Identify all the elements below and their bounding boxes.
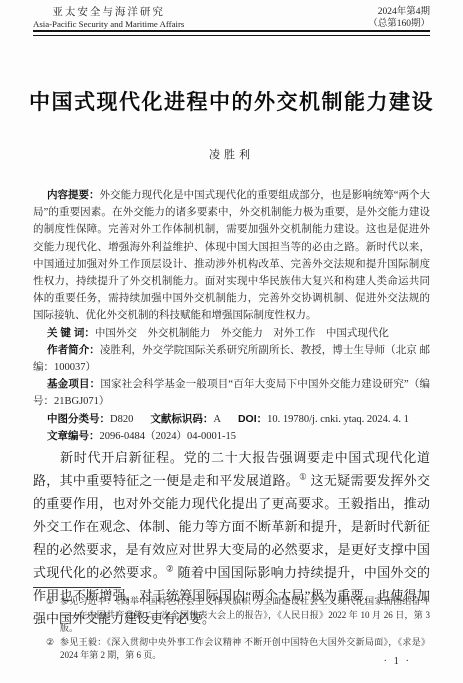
header-divider-rule	[33, 30, 430, 36]
author-bio-paragraph: 作者简介：凌胜利，外交学院国际关系研究所副所长、教授，博士生导师（北京 邮编：1…	[33, 342, 430, 376]
footnote-item: ②参见王毅：《深入贯彻中央外事工作会议精神 不断开创中国特色大国外交新局面》，《…	[33, 636, 430, 663]
abstract-label: 内容提要：	[47, 189, 100, 201]
footnote-ref-1: ①	[299, 472, 307, 482]
abstract-text: 外交能力现代化是中国式现代化的重要组成部分，也是影响统筹“两个大局”的重要因素。…	[33, 190, 430, 321]
footnotes-section: ①参见习近平：《高举中国特色社会主义伟大旗帜 为全面建设社会主义现代化国家而团结…	[33, 595, 430, 663]
footnote-marker-1: ①	[46, 595, 54, 609]
funding-label: 基金项目：	[47, 378, 100, 390]
footnote-separator-rule	[33, 587, 121, 588]
page-number: · 1 ·	[384, 656, 412, 667]
doc-code-label: 文献标识码：	[150, 413, 213, 425]
keywords-label: 关 键 词：	[47, 327, 95, 339]
article-number-label: 文章编号：	[47, 430, 100, 442]
journal-name-block: 亚太安全与海洋研究 Asia-Pacific Security and Mari…	[33, 7, 184, 30]
footnote-text-2: 参见王毅：《深入贯彻中央外事工作会议精神 不断开创中国特色大国外交新局面》，《求…	[60, 637, 430, 661]
article-author: 凌胜利	[0, 146, 463, 162]
article-meta-block: 内容提要：外交能力现代化是中国式现代化的重要组成部分，也是影响统筹“两个大局”的…	[33, 187, 430, 445]
issue-total-number: （总第160期）	[368, 19, 430, 31]
journal-page: 亚太安全与海洋研究 Asia-Pacific Security and Mari…	[0, 0, 463, 683]
footnote-ref-2: ②	[166, 564, 174, 574]
article-number-value: 2096-0484（2024）04-0001-15	[100, 431, 237, 442]
keywords-paragraph: 关 键 词：中国外交 外交机制能力 外交能力 对外工作 中国式现代化	[33, 325, 430, 342]
abstract-paragraph: 内容提要：外交能力现代化是中国式现代化的重要组成部分，也是影响统筹“两个大局”的…	[33, 187, 430, 325]
footnote-item: ①参见习近平：《高举中国特色社会主义伟大旗帜 为全面建设社会主义现代化国家而团结…	[33, 595, 430, 636]
body-text-segment-2: 这无疑需要发挥外交的重要作用，也对外交能力现代化提出了更高要求。王毅指出，推动外…	[33, 473, 430, 580]
footnote-text-1: 参见习近平：《高举中国特色社会主义伟大旗帜 为全面建设社会主义现代化国家而团结奋…	[60, 596, 430, 633]
issue-number: 2024年第4期	[368, 7, 430, 19]
author-bio-label: 作者简介：	[47, 344, 100, 356]
doi-value: 10. 19780/j. cnki. ytaq. 2024. 4. 1	[267, 414, 409, 425]
doc-code-value: A	[213, 414, 221, 425]
article-number-line: 文章编号：2096-0484（2024）04-0001-15	[33, 428, 430, 445]
issue-info-block: 2024年第4期 （总第160期）	[368, 7, 430, 30]
keywords-text: 中国外交 外交机制能力 外交能力 对外工作 中国式现代化	[95, 328, 389, 339]
classification-line: 中图分类号：D820文献标识码：ADOI：10. 19780/j. cnki. …	[33, 411, 430, 428]
clc-label: 中图分类号：	[47, 413, 110, 425]
journal-name-cn: 亚太安全与海洋研究	[33, 7, 184, 19]
clc-value: D820	[110, 414, 133, 425]
article-title: 中国式现代化进程中的外交机制能力建设	[0, 86, 463, 116]
journal-header: 亚太安全与海洋研究 Asia-Pacific Security and Mari…	[33, 7, 430, 30]
journal-name-en: Asia-Pacific Security and Maritime Affai…	[33, 19, 184, 30]
doi-label: DOI：	[238, 413, 267, 425]
footnote-marker-2: ②	[46, 636, 54, 650]
funding-paragraph: 基金项目：国家社会科学基金一般项目“百年大变局下中国外交能力建设研究”（编号：2…	[33, 376, 430, 410]
